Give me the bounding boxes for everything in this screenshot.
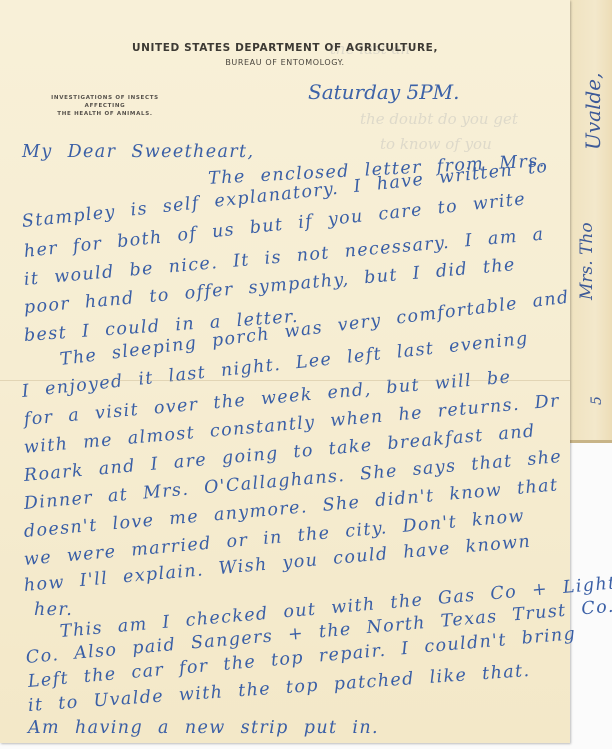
bleed-through-text: the doubt do you get (360, 110, 518, 128)
envelope-city: Uvalde, (581, 73, 605, 150)
salutation: My Dear Sweetheart, (22, 142, 254, 162)
body-line-last: Am having a new strip put in. (28, 718, 379, 738)
letterhead-department: UNITED STATES DEPARTMENT OF AGRICULTURE, (0, 42, 570, 54)
letter-date: Saturday 5PM. (308, 80, 460, 104)
envelope-edge: Uvalde, Mrs. Tho 5 (568, 0, 612, 443)
body-line: her. (34, 600, 73, 620)
envelope-addressee: Mrs. Tho (577, 222, 597, 300)
bleed-through-text: to know of you (380, 135, 492, 153)
division-line-2: THE HEALTH OF ANIMALS. (30, 110, 180, 118)
letter-page: the last an the doubt do you get to know… (0, 0, 570, 743)
letterhead-bureau: BUREAU OF ENTOMOLOGY. (0, 58, 570, 67)
letterhead-division: INVESTIGATIONS OF INSECTS AFFECTING THE … (30, 94, 180, 118)
division-line-1: INVESTIGATIONS OF INSECTS AFFECTING (30, 94, 180, 110)
envelope-postmark-fragment: 5 (589, 396, 605, 405)
